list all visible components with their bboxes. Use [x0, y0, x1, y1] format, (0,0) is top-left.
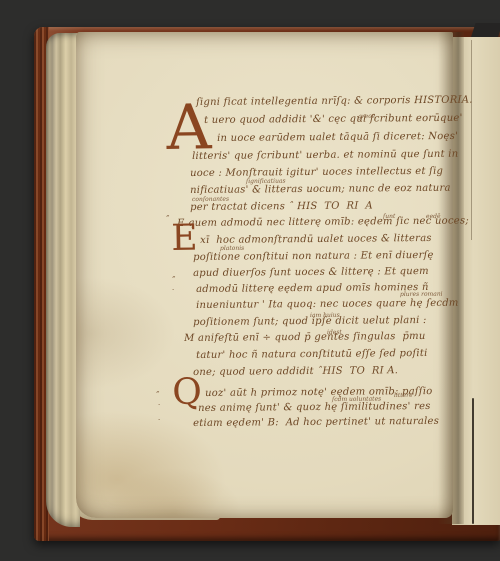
manuscript-photo: ſigni ficat intellegentia nrīſq: & corpo… — [0, 0, 500, 561]
page-stack-fore-edges — [46, 33, 80, 527]
gutter-crease — [472, 398, 474, 524]
gutter-shadow — [438, 32, 464, 524]
gutter-crease-top — [471, 40, 472, 240]
manuscript-page — [76, 32, 453, 518]
